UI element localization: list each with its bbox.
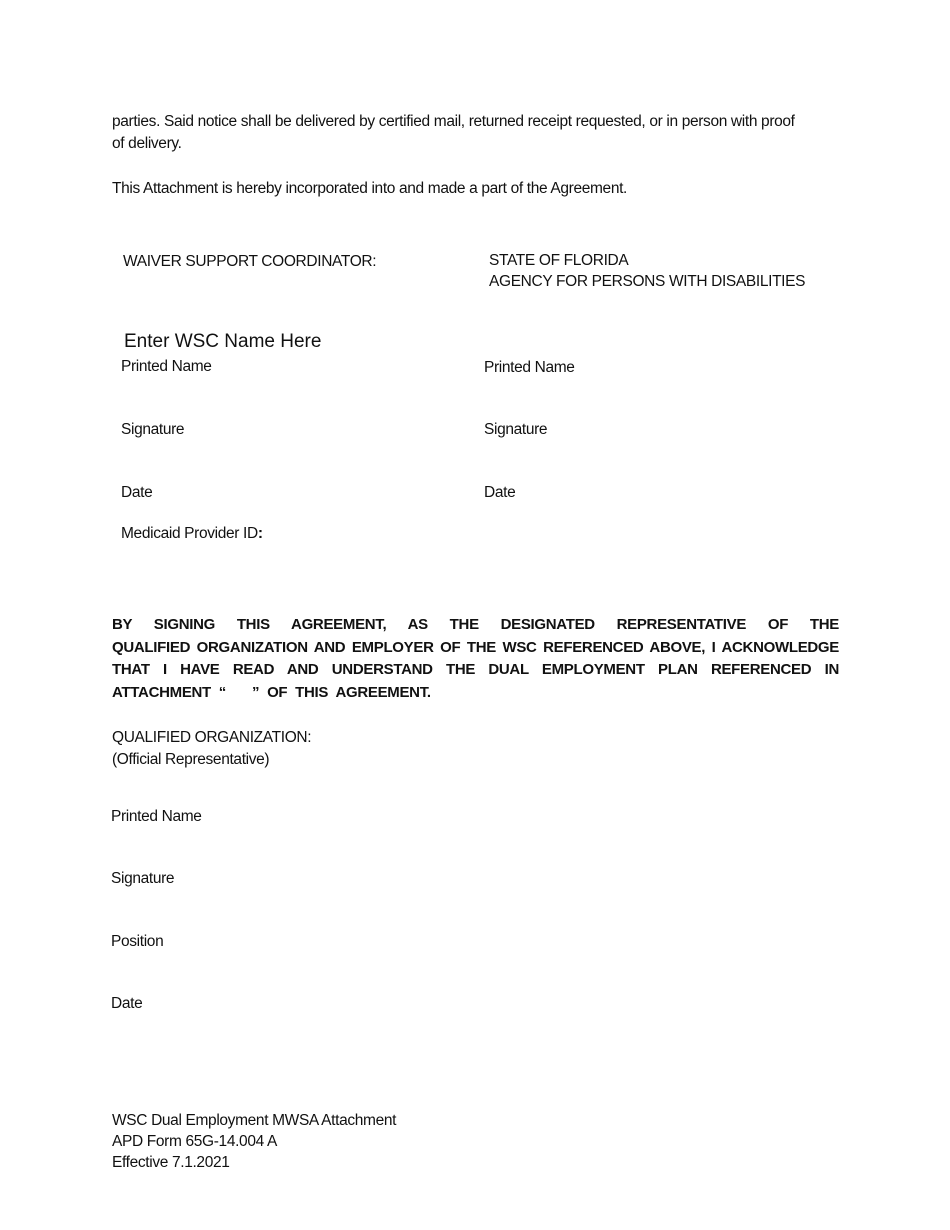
acknowledgement-paragraph: BY SIGNING THIS AGREEMENT, AS THE DESIGN… [112, 614, 839, 704]
attachment-suffix: ” OF THIS AGREEMENT. [252, 684, 431, 701]
footer-effective-date: Effective 7.1.2021 [112, 1152, 230, 1174]
apd-signature-label: Signature [484, 419, 547, 441]
attachment-prefix: ATTACHMENT “ [112, 684, 226, 701]
wsc-signature-label: Signature [121, 419, 184, 441]
intro-paragraph-line-1: parties. Said notice shall be delivered … [112, 111, 795, 133]
qualified-org-heading: QUALIFIED ORGANIZATION: [112, 727, 311, 749]
wsc-printed-name-label: Printed Name [121, 356, 212, 378]
footer-form-title: WSC Dual Employment MWSA Attachment [112, 1110, 396, 1132]
incorporation-statement: This Attachment is hereby incorporated i… [112, 178, 627, 200]
wsc-date-label: Date [121, 482, 152, 504]
acknowledgement-line-3: THAT I HAVE READ AND UNDERSTAND THE DUAL… [112, 659, 839, 682]
state-heading-line-2: AGENCY FOR PERSONS WITH DISABILITIES [489, 271, 805, 293]
footer-form-number: APD Form 65G-14.004 A [112, 1131, 277, 1153]
qo-date-label: Date [111, 993, 142, 1015]
document-page: parties. Said notice shall be delivered … [0, 0, 950, 1230]
qo-printed-name-label: Printed Name [111, 806, 202, 828]
apd-date-label: Date [484, 482, 515, 504]
state-heading-line-1: STATE OF FLORIDA [489, 250, 628, 272]
qo-signature-label: Signature [111, 868, 174, 890]
wsc-name-field[interactable] [124, 330, 424, 354]
medicaid-provider-id-colon: : [258, 525, 263, 542]
apd-printed-name-label: Printed Name [484, 357, 575, 379]
wsc-heading: WAIVER SUPPORT COORDINATOR: [123, 251, 376, 273]
acknowledgement-line-1: BY SIGNING THIS AGREEMENT, AS THE DESIGN… [112, 614, 839, 637]
qualified-org-subheading: (Official Representative) [112, 749, 269, 771]
medicaid-provider-id-text: Medicaid Provider ID [121, 525, 258, 542]
medicaid-provider-id-label: Medicaid Provider ID: [121, 523, 263, 545]
acknowledgement-line-2: QUALIFIED ORGANIZATION AND EMPLOYER OF T… [112, 637, 839, 660]
acknowledgement-line-4: ATTACHMENT “” OF THIS AGREEMENT. [112, 682, 839, 705]
intro-paragraph-line-2: of delivery. [112, 133, 182, 155]
qo-position-label: Position [111, 931, 163, 953]
